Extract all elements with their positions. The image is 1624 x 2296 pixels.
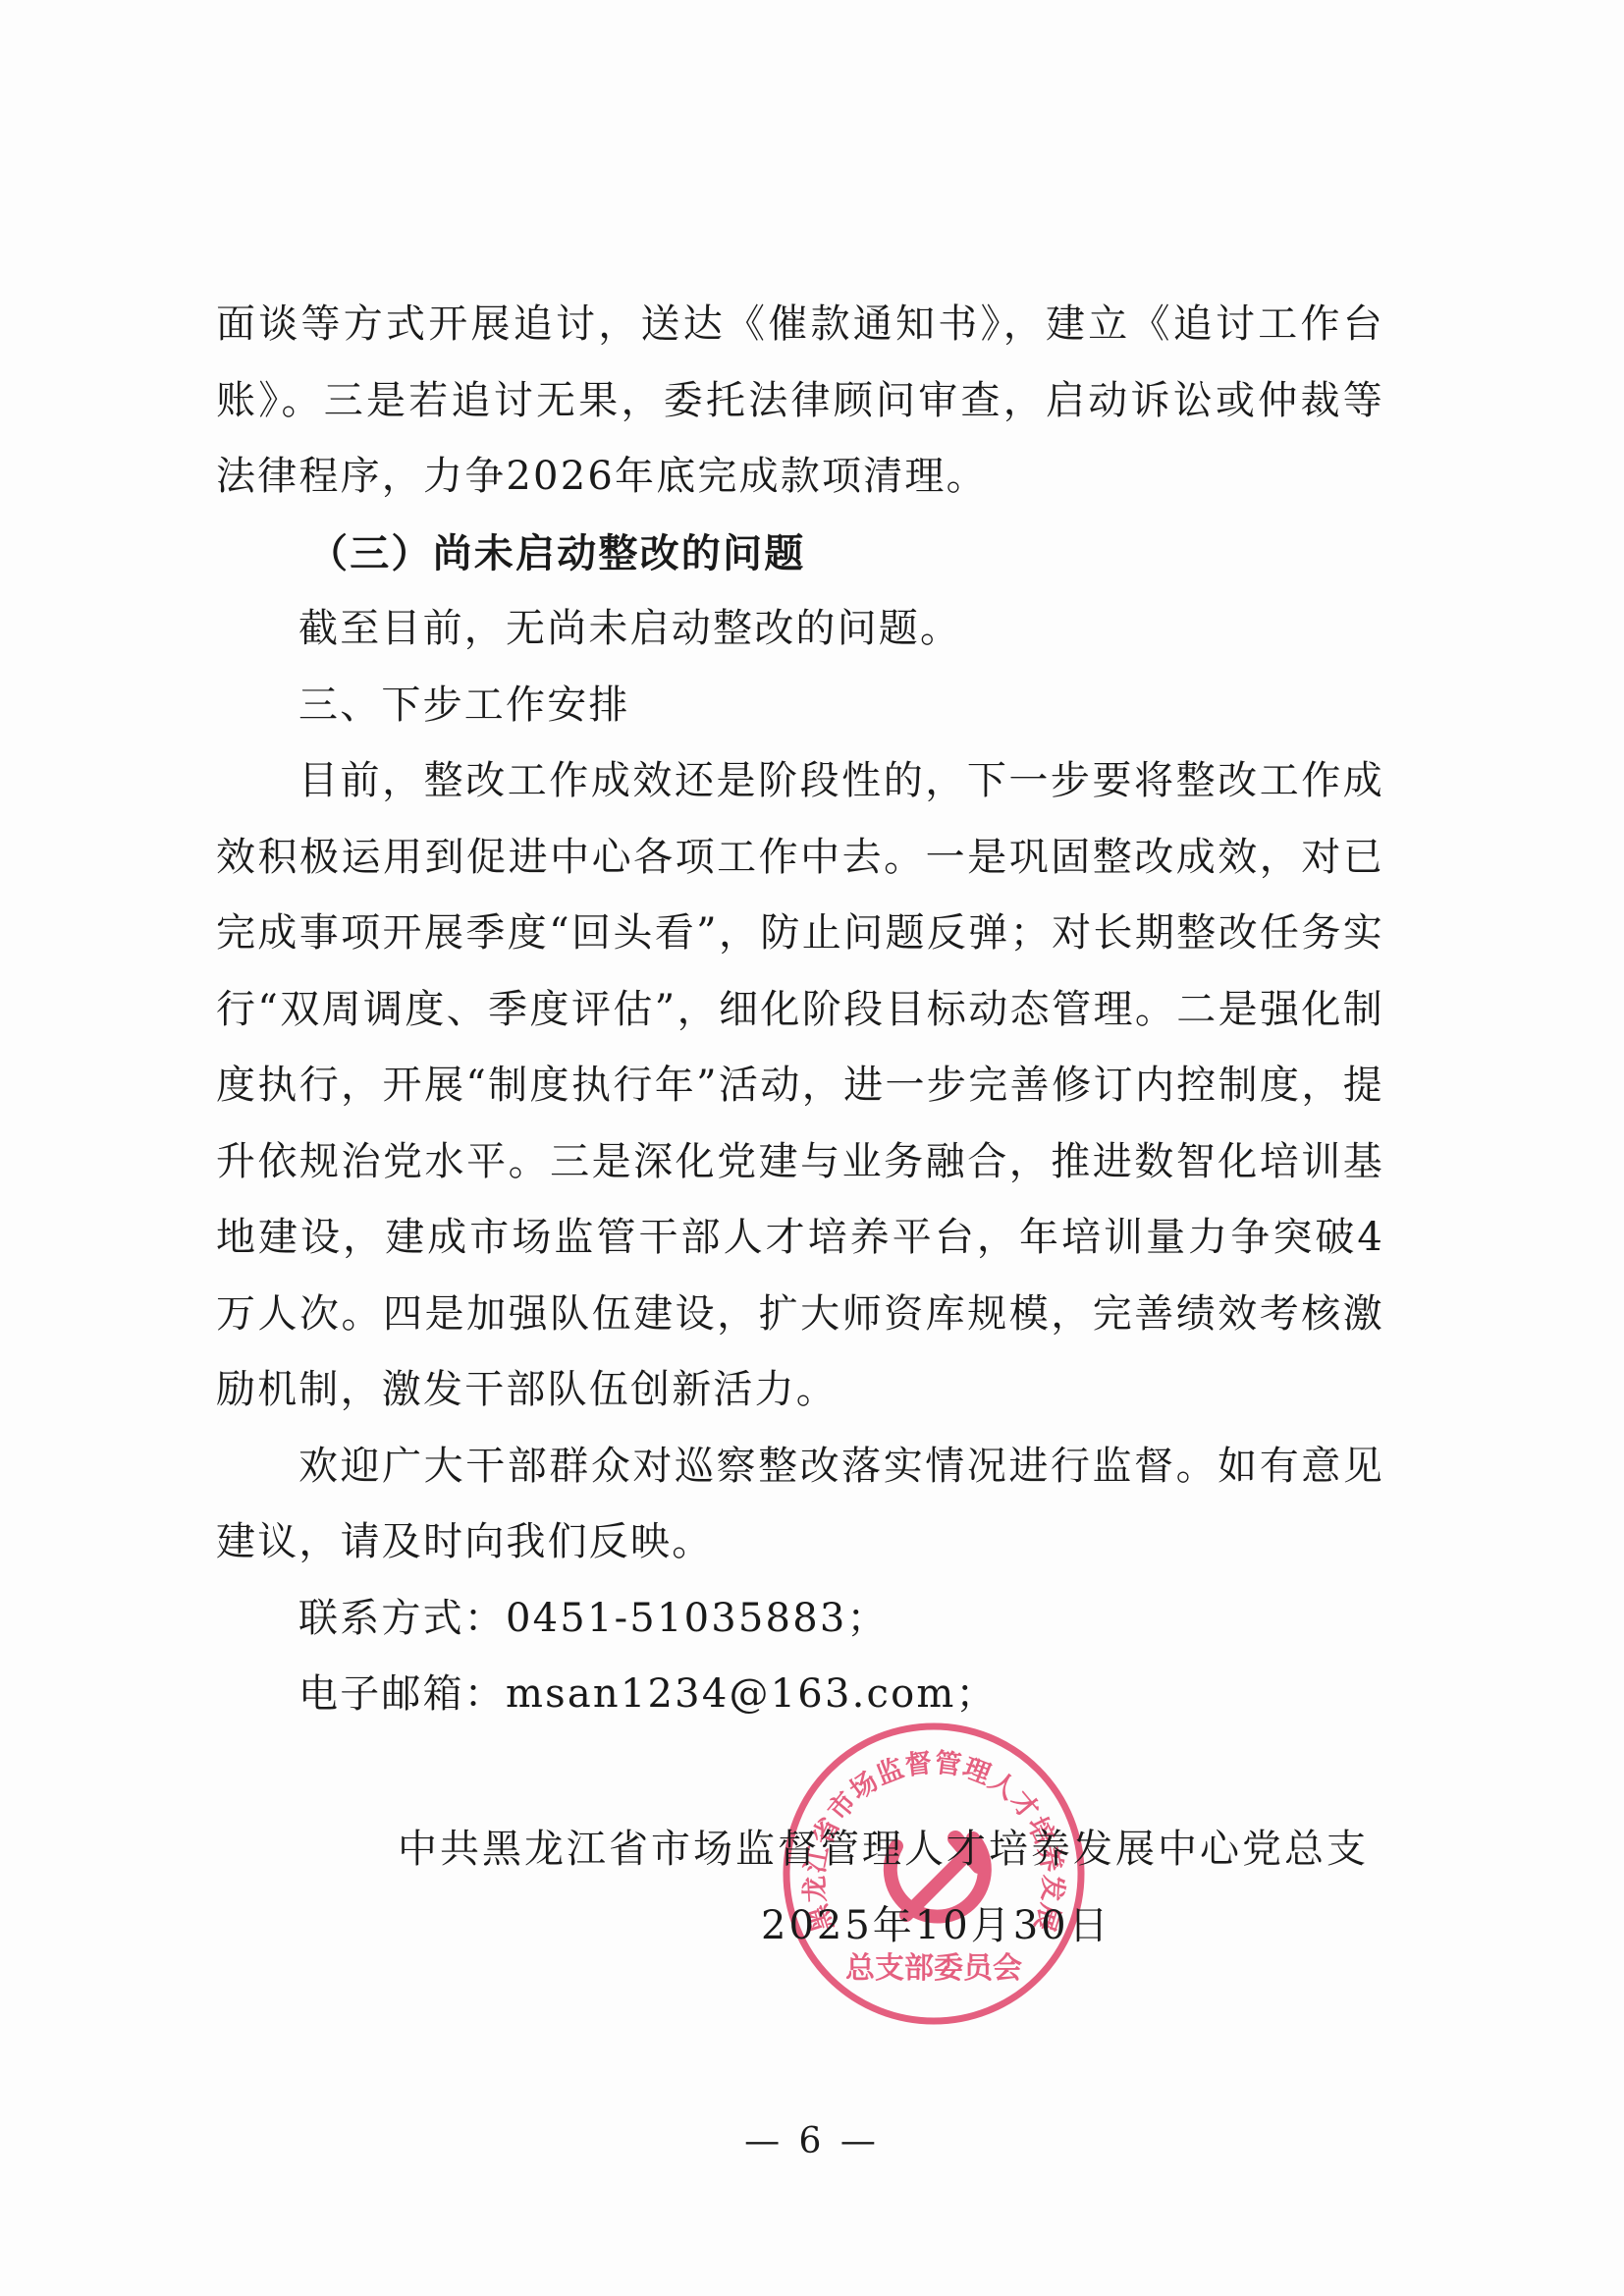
contact-email-label: 电子邮箱：	[298, 1671, 506, 1717]
heading-next-steps: 三、下步工作安排	[216, 668, 1384, 744]
paragraph-welcome-supervision: 欢迎广大干部群众对巡察整改落实情况进行监督。如有意见建议，请及时向我们反映。	[216, 1429, 1384, 1581]
document-body: 面谈等方式开展追讨，送达《催款通知书》，建立《追讨工作台账》。三是若追讨无果，委…	[216, 287, 1384, 1733]
signature-date: 2025年10月30日	[761, 1894, 1111, 1950]
contact-phone-label: 联系方式：	[298, 1596, 506, 1641]
contact-phone-value: 0451-51035883；	[506, 1596, 889, 1641]
contact-email-value[interactable]: msan1234@163.com；	[506, 1671, 998, 1717]
paragraph-next-steps: 目前，整改工作成效还是阶段性的，下一步要将整改工作成效积极运用到促进中心各项工作…	[216, 743, 1384, 1429]
document-page: 面谈等方式开展追讨，送达《催款通知书》，建立《追讨工作台账》。三是若追讨无果，委…	[0, 0, 1624, 2296]
official-seal-icon: 中共黑龙江省市场监督管理人才培养发展中心 总支部委员会	[781, 1721, 1087, 2027]
subheading-unstarted-issues: （三）尚未启动整改的问题	[216, 516, 1384, 592]
svg-text:总支部委员会: 总支部委员会	[845, 1951, 1022, 1986]
paragraph-no-unstarted: 截至目前，无尚未启动整改的问题。	[216, 591, 1384, 668]
page-number: — 6 —	[0, 2121, 1624, 2161]
signature-organization: 中共黑龙江省市场监督管理人才培养发展中心党总支	[398, 1818, 1369, 1874]
contact-phone-line: 联系方式：0451-51035883；	[216, 1581, 1384, 1658]
paragraph-continuation: 面谈等方式开展追讨，送达《催款通知书》，建立《追讨工作台账》。三是若追讨无果，委…	[216, 287, 1384, 516]
